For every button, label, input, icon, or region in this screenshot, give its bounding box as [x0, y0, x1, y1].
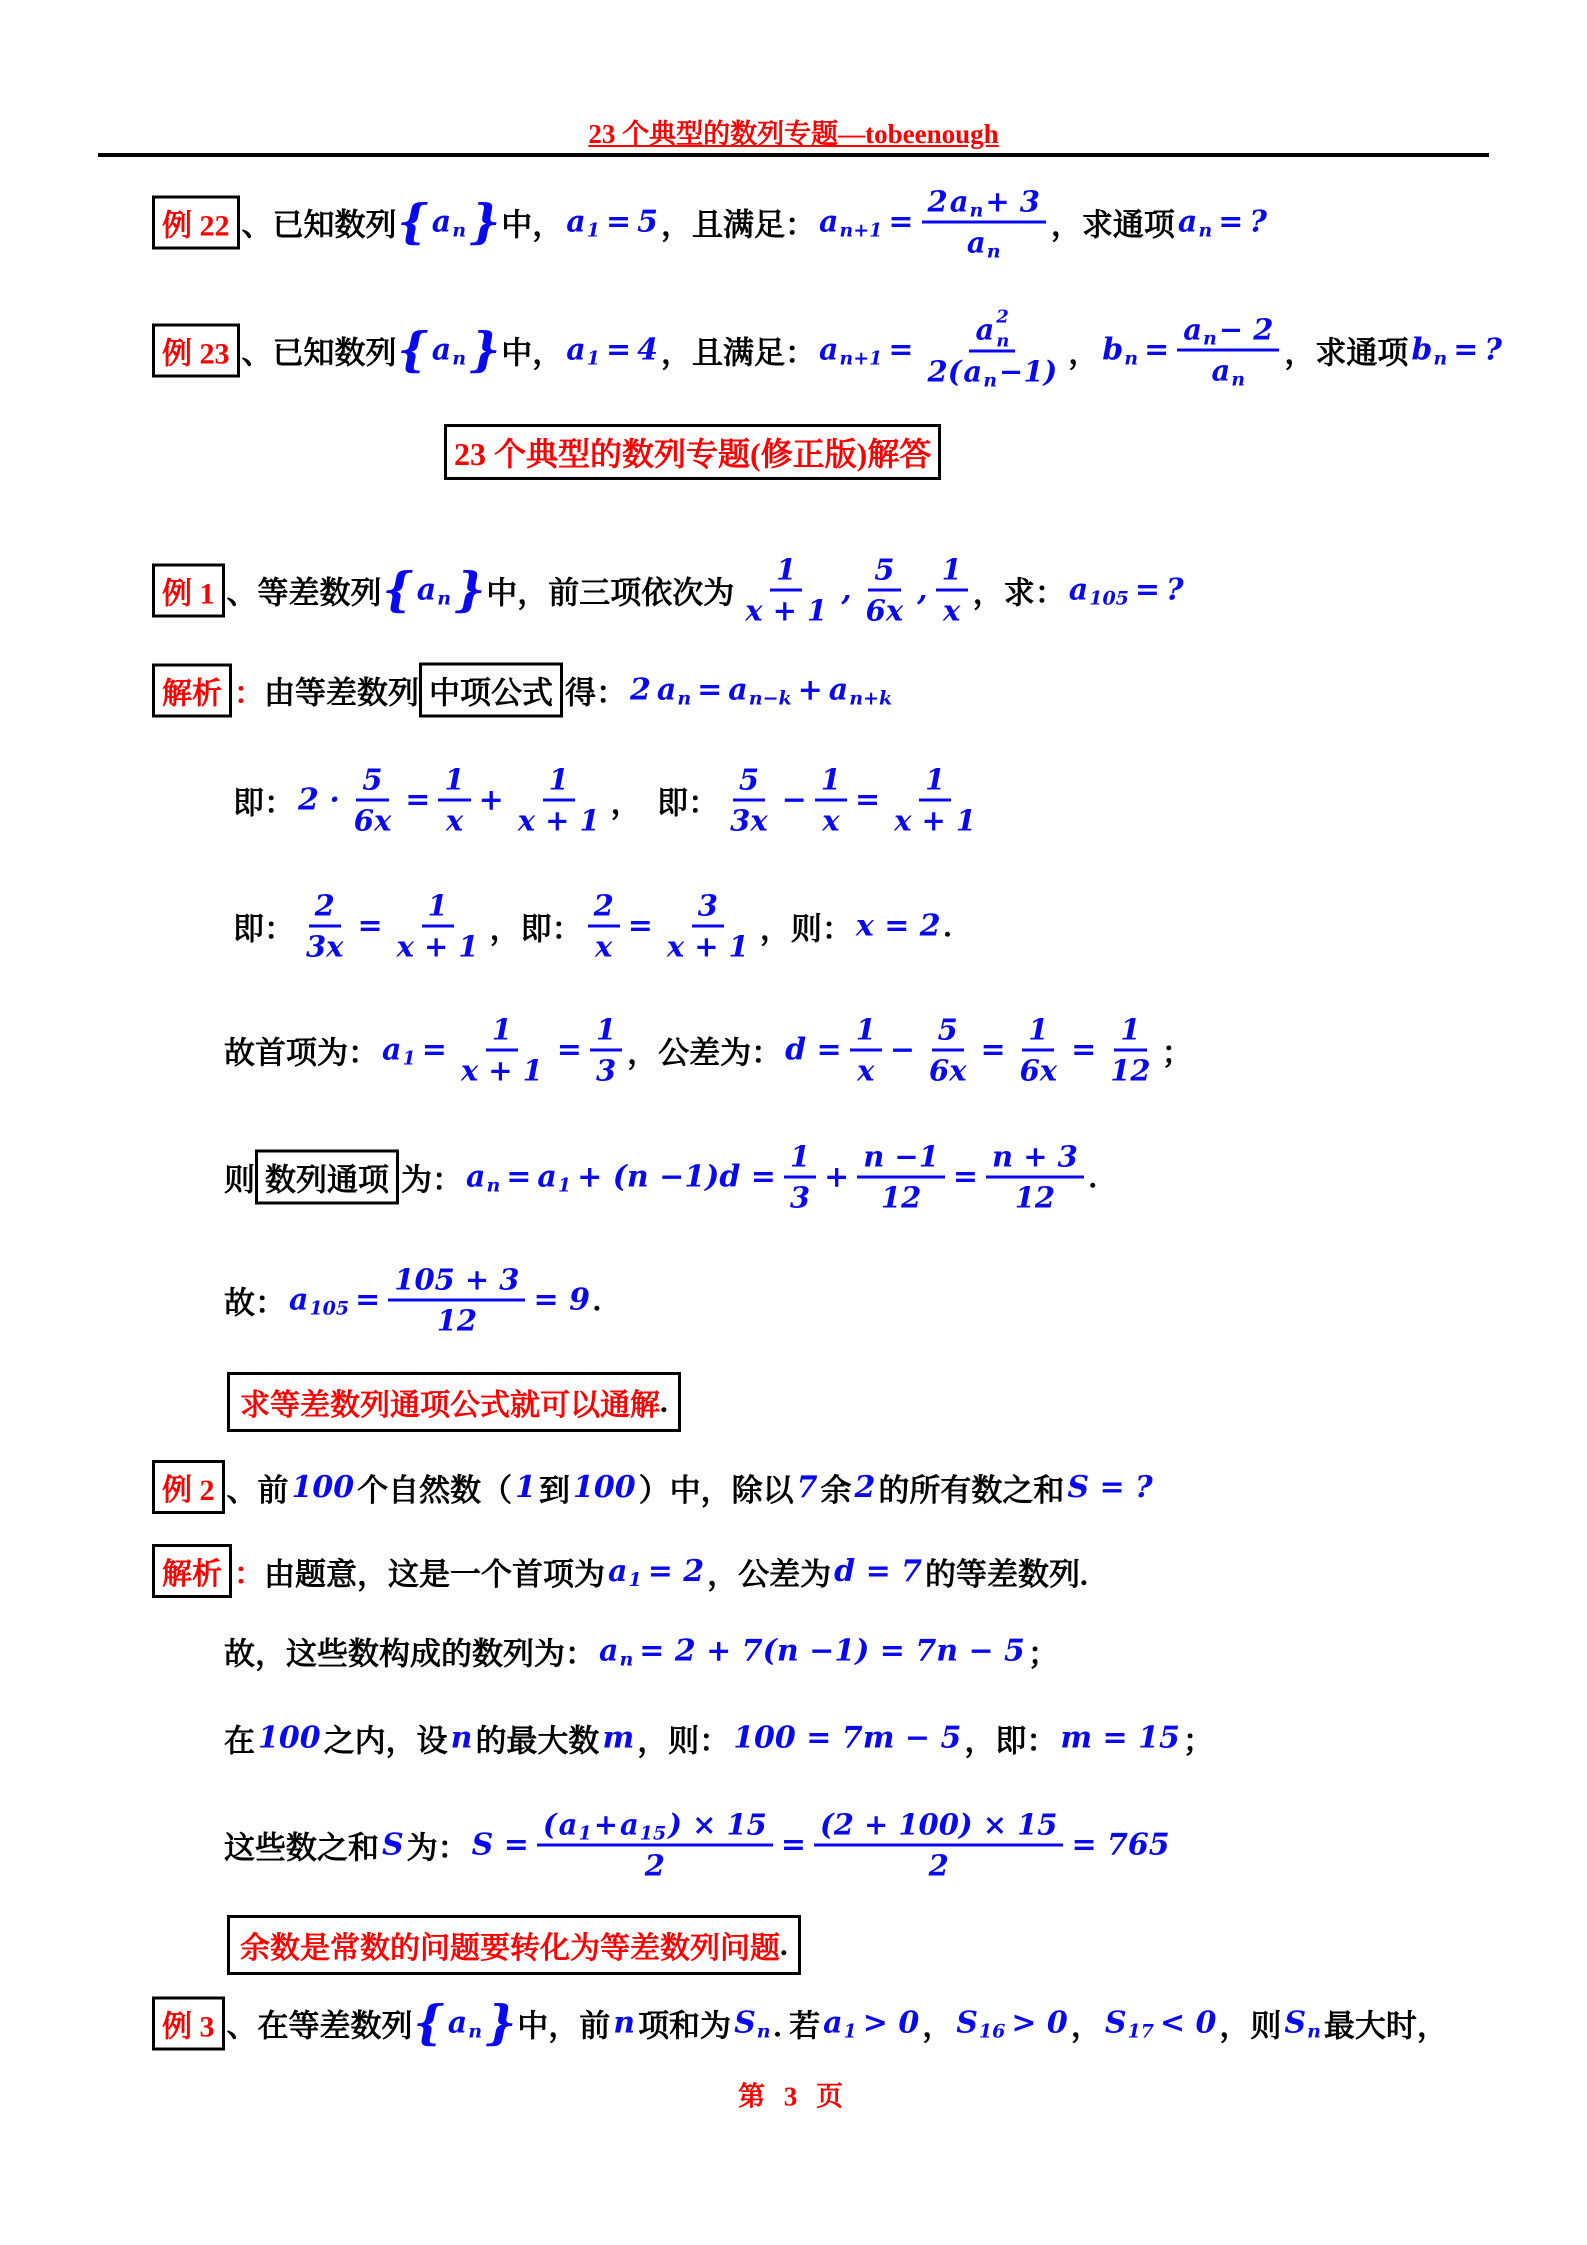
math-sub-term: an	[963, 355, 997, 389]
math-fraction: 112	[1104, 1013, 1156, 1088]
math-run: (2 + 100) × 15	[820, 1808, 1058, 1842]
math-run: x = 2	[856, 909, 941, 944]
math-subscript: 15	[640, 1824, 666, 1843]
math-run: 100	[258, 1721, 321, 1756]
math-sub-term: an	[967, 226, 1001, 260]
text-run: 故，这些数构成的数列为：	[224, 1629, 596, 1674]
boxed-label: 中项公式	[419, 663, 563, 718]
red-text-run: 解析	[162, 1549, 222, 1593]
math-subscript: 105	[1089, 590, 1129, 609]
math-sub-term: a1	[382, 1033, 416, 1068]
math-run: =	[506, 1160, 531, 1195]
text-run: .	[780, 1927, 788, 1963]
math-run: 105 + 3	[394, 1263, 519, 1297]
text-run: ， 即：	[611, 778, 720, 823]
text-run: 在	[224, 1716, 255, 1761]
math-subscript: n	[1198, 222, 1212, 241]
text-run: 余	[821, 1465, 852, 1510]
boxed-label: 23 个典型的数列专题(修正版)解答	[444, 424, 941, 480]
text-run: 数列通项	[265, 1155, 389, 1200]
math-sub-term: a105	[289, 1283, 349, 1318]
fraction-denominator: 6x	[860, 592, 909, 628]
math-run: 2	[315, 889, 335, 923]
boxed-label: 解析	[152, 663, 232, 717]
text-run: 则	[224, 1155, 255, 1200]
math-subscript: n+1	[839, 350, 882, 369]
math-fraction: 2x	[588, 889, 620, 964]
math-fraction: 1x + 1	[455, 1013, 549, 1088]
math-run: 3	[596, 1054, 616, 1088]
text-run: 的等差数列.	[925, 1549, 1088, 1594]
red-text-run: 求等差数列通项公式就可以通解	[240, 1380, 660, 1424]
math-run: {	[383, 563, 413, 618]
math-run: 1	[596, 1013, 616, 1047]
math-run: 6x	[866, 594, 903, 628]
math-run: S	[382, 1828, 404, 1863]
math-fraction: (2 + 100) × 152	[814, 1808, 1064, 1883]
math-run: − 2	[1219, 313, 1274, 347]
fraction-denominator: x	[816, 802, 845, 838]
math-fraction: 1x	[850, 1013, 882, 1088]
fraction-denominator: 12	[875, 1179, 927, 1215]
text-run: 由题意，这是一个首项为	[264, 1549, 605, 1594]
math-run: x	[446, 804, 463, 838]
math-sub-term: a1	[566, 333, 600, 368]
math-subscript: 17	[1127, 2023, 1153, 2042]
math-fraction: a2n2(an−1)	[922, 312, 1064, 389]
math-subscript: 1	[402, 1050, 415, 1069]
math-run: =	[888, 205, 913, 240]
math-fraction: 2an+ 3an	[922, 185, 1046, 260]
math-run: ,	[917, 573, 927, 608]
red-text-run: 例 3	[162, 2001, 215, 2045]
math-fraction: 1x + 1	[888, 763, 982, 838]
text-run: ，且满足：	[661, 200, 816, 245]
math-subscript: n	[437, 590, 451, 609]
boxed-label: 例 23	[152, 323, 240, 377]
math-subscript: n−k	[749, 690, 792, 709]
math-run: x + 1	[397, 930, 479, 964]
fraction-denominator: 6x	[923, 1052, 972, 1088]
math-sub-term: an	[417, 573, 451, 608]
text-run: 由等差数列	[264, 668, 419, 713]
math-run: x	[943, 594, 960, 628]
text-run: 的最大数	[475, 1716, 599, 1761]
text-run: 为：	[407, 1823, 469, 1868]
text-run: 这些数之和	[224, 1823, 379, 1868]
math-sub-term: an	[466, 1160, 500, 1195]
math-subscript: 1	[628, 1571, 641, 1590]
math-fraction: 23x	[300, 889, 349, 964]
math-run: 2	[645, 1849, 665, 1883]
math-run: 5	[739, 763, 759, 797]
math-run: n −1	[863, 1140, 939, 1174]
math-subscript: n	[1231, 370, 1245, 389]
math-sub-term: Sn	[1284, 2006, 1321, 2041]
example-22-line: 例 22、已知数列{an}中，a1=5，且满足：an+1=2an+ 3an，求通…	[152, 185, 1270, 260]
math-run: m = 15	[1060, 1721, 1180, 1756]
math-sub-term: a15	[620, 1808, 666, 1842]
math-subscript: n+1	[839, 222, 882, 241]
math-sub-term: a105	[1069, 573, 1129, 608]
fraction-numerator: 1	[936, 553, 968, 592]
text-run: ，则：	[637, 1716, 730, 1761]
text-run: 为：	[401, 1155, 463, 1200]
red-text-run: 例 2	[162, 1465, 215, 1509]
math-run: 2	[929, 1849, 949, 1883]
math-run: n	[451, 1721, 473, 1756]
math-fraction: 56x	[348, 763, 397, 838]
fraction-denominator: 12	[1104, 1052, 1156, 1088]
math-run: 1	[492, 1013, 512, 1047]
general-term-line: 则数列通项为：an=a1+ (n −1)d =13+n −112=n + 312…	[224, 1140, 1097, 1215]
fraction-numerator: 1	[770, 553, 802, 592]
fraction-denominator: 6x	[348, 802, 397, 838]
math-subscript: n	[970, 201, 984, 220]
text-run: ；	[1183, 1716, 1214, 1761]
fraction-denominator: an	[1205, 352, 1251, 388]
math-subscript: 105	[309, 1300, 349, 1319]
fraction-denominator: x + 1	[661, 928, 755, 964]
math-subscript: n	[757, 2023, 771, 2042]
fraction-numerator: 105 + 3	[388, 1263, 525, 1302]
math-fraction: an− 2an	[1177, 313, 1279, 388]
text-run: ，即：	[964, 1716, 1057, 1761]
math-run: ?	[1484, 333, 1502, 368]
math-run: =	[980, 1033, 1005, 1068]
fraction-denominator: an	[961, 224, 1007, 260]
math-run: 12	[1110, 1054, 1150, 1088]
math-run: 1	[515, 1470, 536, 1505]
math-run: =	[1453, 333, 1478, 368]
page-header-title: 23 个典型的数列专题—tobeenough	[0, 112, 1587, 151]
text-run: ）中，除以	[639, 1465, 794, 1510]
fraction-denominator: x + 1	[391, 928, 485, 964]
math-sub-term: an	[1183, 313, 1217, 347]
math-run: + (n −1)d =	[577, 1160, 776, 1195]
text-run: 、前	[227, 1465, 289, 1510]
math-subscript: 16	[979, 2023, 1005, 2042]
fraction-denominator: 2	[639, 1847, 671, 1883]
text-run: 中，前	[517, 2001, 610, 2046]
red-text-run: ：	[234, 668, 264, 712]
fraction-numerator: n + 3	[986, 1140, 1084, 1179]
math-run: 12	[437, 1304, 477, 1338]
math-run: 1	[790, 1140, 810, 1174]
math-sub-term: an	[1211, 354, 1245, 388]
math-run: x + 1	[461, 1054, 543, 1088]
boxed-label: 例 3	[152, 1996, 225, 2050]
math-run: 2	[855, 1470, 876, 1505]
text-run: ，	[1068, 328, 1099, 373]
math-fraction: 53x	[724, 763, 773, 838]
boxed-label: 解析	[152, 1544, 232, 1598]
fraction-numerator: (2 + 100) × 15	[814, 1808, 1064, 1847]
math-run: 5	[874, 553, 894, 587]
math-run: = 2	[648, 1554, 704, 1589]
text-run: ；	[1028, 1629, 1059, 1674]
header-rule	[98, 153, 1489, 157]
math-run: 4	[637, 333, 658, 368]
fraction-numerator: 5	[868, 553, 900, 592]
fraction-numerator: 2an+ 3	[922, 185, 1046, 224]
math-run: }	[455, 563, 485, 618]
fraction-denominator: x	[440, 802, 469, 838]
a105-result-line: 故：a105=105 + 312= 9.	[224, 1263, 601, 1338]
red-text-run: ：	[234, 1549, 264, 1593]
red-text-run: 23 个典型的数列专题(修正版)解答	[454, 429, 931, 475]
math-run: 12	[881, 1181, 921, 1215]
math-run: 5	[938, 1013, 958, 1047]
math-run: =	[953, 1160, 978, 1195]
example-2-line: 例 2、前100个自然数（1到100）中，除以7余2的所有数之和S = ?	[152, 1460, 1156, 1514]
fraction-denominator: 3x	[300, 928, 349, 964]
math-run: 1	[942, 553, 962, 587]
fraction-numerator: 5	[932, 1013, 964, 1052]
fraction-denominator: 3	[784, 1179, 816, 1215]
math-run: 1	[856, 1013, 876, 1047]
math-sub-term: a1	[608, 1554, 642, 1589]
math-run: d = 7	[834, 1554, 922, 1589]
fraction-denominator: 2	[923, 1847, 955, 1883]
math-run: +	[798, 673, 823, 708]
math-run: 6x	[929, 1054, 966, 1088]
text-run: ，公差为：	[627, 1028, 782, 1073]
text-run: 中，前三项依次为	[486, 568, 734, 613]
text-run: 之内，设	[324, 1716, 448, 1761]
example-1-line: 例 1、等差数列{an}中，前三项依次为1x + 1,56x,1x，求：a105…	[152, 553, 1187, 628]
text-run: 即：	[233, 778, 295, 823]
math-run: 1	[444, 763, 464, 797]
sum-line: 这些数之和S为：S =(a1+a15) × 152=(2 + 100) × 15…	[224, 1808, 1173, 1883]
math-run: 100	[292, 1470, 355, 1505]
math-run: ) × 15	[668, 1808, 767, 1842]
fraction-numerator: 1	[438, 763, 470, 802]
fraction-numerator: 1	[486, 1013, 518, 1052]
tip-box-2-line: 余数是常数的问题要转化为等差数列问题.	[227, 1915, 803, 1975]
answers-title-line: 23 个典型的数列专题(修正版)解答	[444, 424, 943, 480]
math-fraction: 1x + 1	[739, 553, 833, 628]
math-subscript: 1	[558, 1177, 571, 1196]
text-run: 中项公式	[429, 668, 553, 713]
math-run: =	[1144, 333, 1169, 368]
math-run: ?	[1249, 205, 1267, 240]
math-run: 1	[776, 553, 796, 587]
math-fraction: 1x + 1	[391, 889, 485, 964]
math-run: 100 = 7m − 5	[733, 1721, 961, 1756]
math-run: =	[606, 205, 631, 240]
math-subscript: n+k	[849, 690, 892, 709]
text-run: ；	[1162, 1028, 1193, 1073]
text-run: ，求通项	[1051, 200, 1175, 245]
math-run: x + 1	[518, 804, 600, 838]
math-sub-term: an	[950, 185, 984, 219]
math-subscript: 1	[587, 350, 600, 369]
math-run: 2	[630, 673, 651, 708]
text-run: 得：	[565, 668, 627, 713]
math-subscript: n	[619, 1651, 633, 1670]
math-run: }	[470, 323, 500, 378]
math-run: ?	[1166, 573, 1184, 608]
math-run: S = ?	[1067, 1470, 1152, 1505]
math-script-stack: 2n	[996, 312, 1009, 348]
math-fraction: 1x + 1	[512, 763, 606, 838]
math-subscript: n	[1124, 350, 1138, 369]
math-sub-term: an+k	[829, 673, 892, 708]
text-run: 中，	[501, 200, 563, 245]
math-run: +	[824, 1160, 849, 1195]
boxed-label: 余数是常数的问题要转化为等差数列问题.	[227, 1915, 801, 1975]
math-sub-term: Sn	[734, 2006, 771, 2041]
fraction-denominator: 2(an−1)	[922, 353, 1064, 389]
text-run: 中，	[501, 328, 563, 373]
math-run: x + 1	[894, 804, 976, 838]
math-run: 1	[1028, 1013, 1048, 1047]
math-run: 1	[925, 763, 945, 797]
text-run: ，即：	[490, 904, 583, 949]
example-3-line: 例 3、在等差数列{an}中，前n项和为Sn. 若a1> 0，S16> 0，S1…	[152, 1996, 1448, 2051]
math-run: 3	[790, 1181, 810, 1215]
text-run: .	[660, 1384, 668, 1420]
math-sub-term: a1	[559, 1808, 592, 1842]
fraction-numerator: 1	[543, 763, 575, 802]
text-run: 个自然数（	[357, 1465, 512, 1510]
math-run: +	[479, 783, 504, 818]
math-run: {	[414, 1996, 444, 2051]
text-run: . 若	[774, 2001, 821, 2046]
example-23-line: 例 23、已知数列{an}中，a1=4，且满足：an+1=a2n2(an−1)，…	[152, 312, 1505, 389]
fraction-numerator: 1	[1022, 1013, 1054, 1052]
text-run: 的所有数之和	[878, 1465, 1064, 1510]
math-fraction: 13	[590, 1013, 622, 1088]
math-run: 12	[1015, 1181, 1055, 1215]
math-fraction: 3x + 1	[661, 889, 755, 964]
text-run: 故：	[224, 1278, 286, 1323]
math-run: 3x	[730, 804, 767, 838]
fraction-denominator: 3x	[724, 802, 773, 838]
math-subscript: 1	[578, 1824, 591, 1843]
math-run: −1)	[999, 355, 1057, 389]
fraction-denominator: 3	[590, 1052, 622, 1088]
math-run: 3x	[306, 930, 343, 964]
math-run: n	[613, 2006, 635, 2041]
fraction-numerator: 1	[815, 763, 847, 802]
math-run: −	[782, 783, 807, 818]
math-fraction: n + 312	[986, 1140, 1084, 1215]
math-run: =	[1218, 205, 1243, 240]
math-fraction: 105 + 312	[388, 1263, 525, 1338]
math-run: 2 ·	[298, 783, 340, 818]
tip-box-1-line: 求等差数列通项公式就可以通解.	[227, 1372, 683, 1432]
math-sub-term: an+1	[819, 333, 882, 368]
fraction-numerator: 3	[692, 889, 724, 928]
sequence-formula-line: 故，这些数构成的数列为：an= 2 + 7(n −1) = 7n − 5；	[224, 1629, 1059, 1674]
text-run: 、在等差数列	[227, 2001, 413, 2046]
fraction-denominator: 12	[1009, 1179, 1061, 1215]
fraction-numerator: 5	[356, 763, 388, 802]
math-sub-term: a1	[823, 2006, 857, 2041]
math-superscript: 2	[996, 309, 1009, 327]
math-run: =	[357, 909, 382, 944]
math-subscript: n	[1307, 2023, 1321, 2042]
math-fraction: 1x	[815, 763, 847, 838]
text-run: ，公差为	[707, 1549, 831, 1594]
fraction-numerator: 5	[733, 763, 765, 802]
math-run: 2(	[928, 355, 962, 389]
math-run: > 0	[1011, 2006, 1067, 2041]
fraction-numerator: 1	[784, 1140, 816, 1179]
math-run: =	[557, 1033, 582, 1068]
math-run: 6x	[354, 804, 391, 838]
text-run: 、等差数列	[227, 568, 382, 613]
math-fraction: 1x	[936, 553, 968, 628]
first-term-line: 故首项为：a1=1x + 1=13，公差为：d =1x−56x=16x=112；	[224, 1013, 1193, 1088]
math-run: =	[628, 909, 653, 944]
math-run: x + 1	[745, 594, 827, 628]
math-run: d =	[785, 1033, 842, 1068]
math-run: S =	[472, 1828, 529, 1863]
fraction-numerator: n −1	[857, 1140, 945, 1179]
math-fraction: 16x	[1014, 1013, 1063, 1088]
math-run: < 0	[1160, 2006, 1216, 2041]
math-run: > 0	[863, 2006, 919, 2041]
math-sub-term: bn	[1102, 333, 1138, 368]
boxed-label: 求等差数列通项公式就可以通解.	[227, 1372, 681, 1432]
text-run: .	[593, 1282, 601, 1318]
math-run: {	[398, 323, 428, 378]
math-subscript: n	[486, 1177, 500, 1196]
math-run: 2	[594, 889, 614, 923]
text-run: 、已知数列	[242, 200, 397, 245]
math-subscript: n	[1203, 329, 1217, 348]
boxed-label: 例 1	[152, 563, 225, 617]
math-run: 5	[637, 205, 658, 240]
math-run: 5	[362, 763, 382, 797]
math-subscript: n	[468, 2023, 482, 2042]
math-run: =	[855, 783, 880, 818]
text-run: 即：	[233, 904, 295, 949]
fraction-numerator: 1	[1114, 1013, 1146, 1052]
math-run: 1	[549, 763, 569, 797]
math-sub-term: an	[448, 2006, 482, 2041]
math-sub-term: an	[1178, 205, 1212, 240]
math-run: }	[470, 195, 500, 250]
math-subscript: n	[996, 333, 1009, 351]
text-run: .	[944, 908, 952, 944]
text-run: 到	[539, 1465, 570, 1510]
math-subscript: n	[452, 350, 466, 369]
boxed-label: 数列通项	[255, 1150, 399, 1205]
fraction-numerator: 1	[422, 889, 454, 928]
boxed-label: 例 22	[152, 195, 240, 249]
page-footer: 第 3 页	[0, 2075, 1587, 2114]
math-run: 100	[573, 1470, 636, 1505]
math-run: =	[606, 333, 631, 368]
text-run: ，则	[1219, 2001, 1281, 2046]
math-sub-term: an+1	[819, 205, 882, 240]
fraction-denominator: 6x	[1014, 1052, 1063, 1088]
math-run: x	[595, 930, 612, 964]
math-run: n + 3	[992, 1140, 1078, 1174]
math-subscript: n	[1433, 350, 1447, 369]
math-run: 7	[797, 1470, 818, 1505]
text-run: ，则：	[760, 904, 853, 949]
math-subsup-term: a2n	[975, 312, 1009, 348]
analysis-2-line: 解析：由题意，这是一个首项为a1= 2，公差为d = 7的等差数列.	[152, 1544, 1088, 1598]
fraction-denominator: x + 1	[512, 802, 606, 838]
math-fraction: 1x	[438, 763, 470, 838]
math-subscript: 1	[587, 222, 600, 241]
